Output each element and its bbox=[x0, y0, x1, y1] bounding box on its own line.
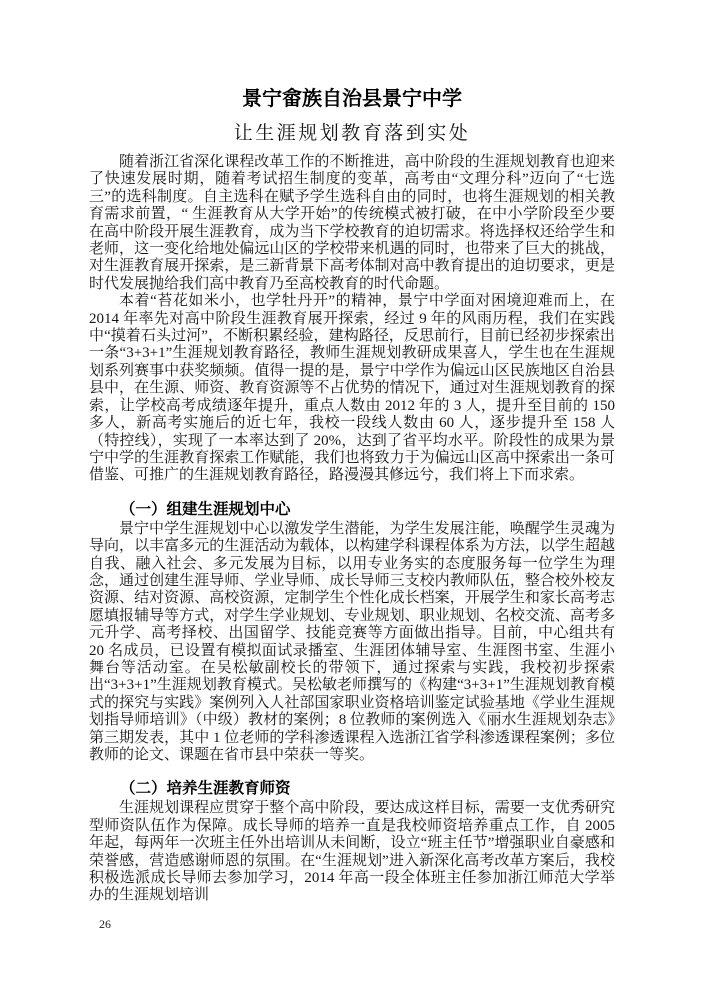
paragraph-teacher-training: 生涯规划课程应贯穿于整个高中阶段，要达成这样目标，需要一支优秀研究型师资队伍作为… bbox=[89, 800, 615, 904]
paragraph-intro: 随着浙江省深化课程改革工作的不断推进，高中阶段的生涯规划教育也迎来了快速发展时期… bbox=[89, 154, 615, 293]
section-heading-2: （二）培养生涯教育师资 bbox=[89, 780, 615, 798]
section-heading-1: （一）组建生涯规划中心 bbox=[89, 501, 615, 519]
school-title: 景宁畲族自治县景宁中学 bbox=[89, 87, 615, 111]
article-title: 让生涯规划教育落到实处 bbox=[89, 122, 615, 146]
page-number: 26 bbox=[99, 917, 111, 932]
paragraph-career-center: 景宁中学生涯规划中心以激发学生潜能，为学生发展注能，唤醒学生灵魂为导向，以丰富多… bbox=[89, 521, 615, 765]
paragraph-achievements: 本着“苔花如米小，也学牡丹开”的精神，景宁中学面对困境迎难而上，在 2014 年… bbox=[89, 293, 615, 484]
document-content: 景宁畲族自治县景宁中学 让生涯规划教育落到实处 随着浙江省深化课程改革工作的不断… bbox=[89, 87, 615, 905]
document-page: 景宁畲族自治县景宁中学 让生涯规划教育落到实处 随着浙江省深化课程改革工作的不断… bbox=[0, 0, 703, 995]
